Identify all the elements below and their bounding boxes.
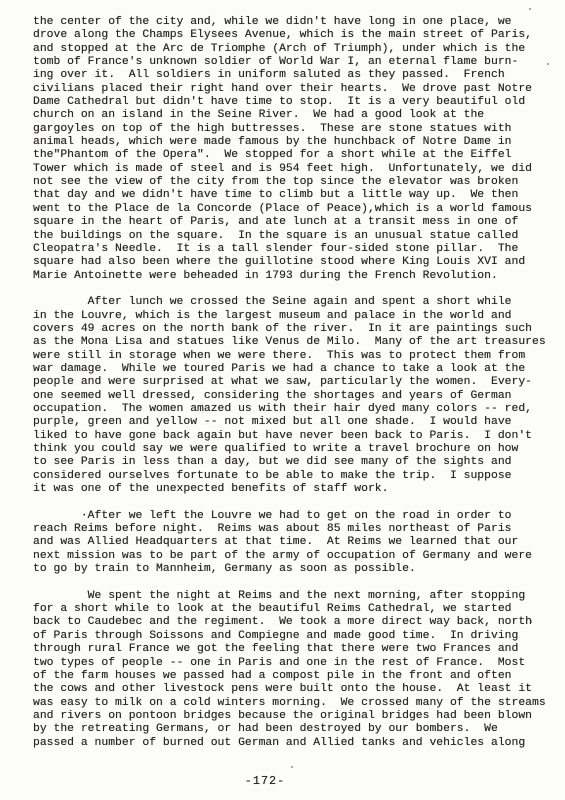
scan-speck xyxy=(529,8,531,10)
paragraph-louvre: After lunch we crossed the Seine again a… xyxy=(33,296,557,496)
scan-speck xyxy=(291,766,293,768)
scan-speck xyxy=(530,620,532,623)
scan-speck xyxy=(547,63,549,65)
document-page: the center of the city and, while we did… xyxy=(0,0,565,800)
paragraph-reims: ·After we left the Louvre we had to get … xyxy=(33,510,557,577)
paragraph-paris-tour: the center of the city and, while we did… xyxy=(33,16,557,283)
paragraph-return-trip: We spent the night at Reims and the next… xyxy=(33,590,557,750)
page-body: the center of the city and, while we did… xyxy=(33,16,557,750)
page-number: -172- xyxy=(5,774,525,788)
